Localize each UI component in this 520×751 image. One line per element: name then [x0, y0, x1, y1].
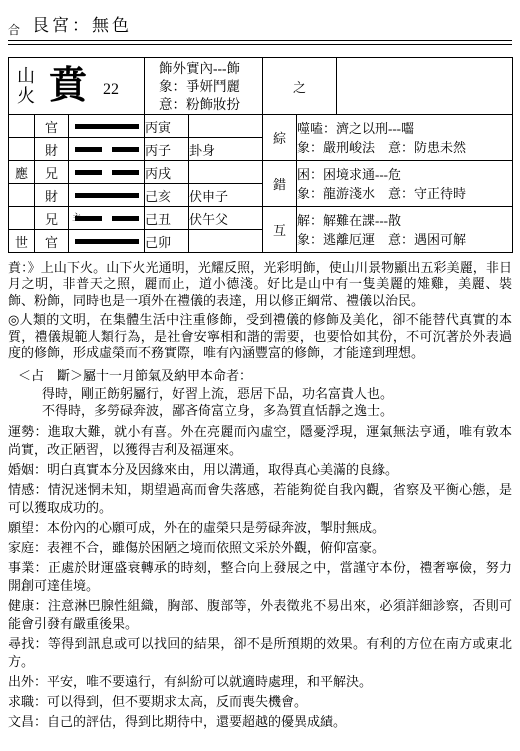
entry-label: 事業：	[8, 560, 48, 575]
hexagram-line	[69, 239, 144, 244]
hexagram-title: 山 火 賁 22	[9, 66, 144, 106]
hidden-spirit-cell	[189, 115, 263, 138]
relation-cell: 財	[35, 184, 69, 207]
yao-row: 應 兄 丙戌 錯 困：困境求通---危 象：龍游淺水 意：守正待時	[9, 161, 513, 184]
hexagram-table: 山 火 賁 22 飾外實內---飾 象：爭妍鬥麗 意：粉飾妝扮 之 官	[8, 57, 513, 253]
entry-text: 本份內的心願可成，外在的虛榮只是勞碌奔波，掣肘無成。	[47, 520, 385, 535]
hexagram-line	[69, 170, 144, 175]
hidden-spirit-cell	[189, 230, 263, 253]
page: 合 艮宮：無色 山 火 賁 22 飾外實內---飾	[0, 0, 520, 731]
position-cell	[9, 207, 35, 230]
line-cell	[69, 138, 145, 161]
entry-text: 進取大難，就小有喜。外在亮麗而內虛空，隱憂浮現，運氣無法亨通，唯有敦本尚實，改正…	[8, 424, 512, 457]
header: 合 艮宮：無色	[8, 8, 512, 36]
entry-jiankang: 健康：注意淋巴腺性組織，胸部、腹部等，外表徵兆不易出來，必須詳細診察，否則可能會…	[8, 597, 512, 633]
entry-text: 正處於財運盛衰轉承的時刻，整合向上發展之中，當謹守本份，禮奢寧儉，努力開創可達佳…	[8, 560, 512, 593]
section-line1: 困：困境求通---危	[297, 165, 512, 184]
entry-wenchang: 文昌：自己的評估，得到比期待中，還要超越的優異成績。	[8, 713, 512, 731]
hexagram-title-cell: 山 火 賁 22	[9, 58, 145, 115]
relation-cell: 兄	[35, 207, 69, 230]
hexagram-line	[69, 147, 144, 152]
stem-branch-cell: 己亥	[145, 184, 189, 207]
line-cell	[69, 161, 145, 184]
entry-yunshi: 運勢：進取大難，就小有喜。外在亮麗而內虛空，隱憂浮現，運氣無法亨通，唯有敦本尚實…	[8, 423, 512, 459]
line-cell: 主	[69, 207, 145, 230]
hexagram-line	[69, 193, 144, 198]
entry-label: 文昌：	[8, 714, 47, 729]
entry-label: 健康：	[8, 598, 48, 613]
zhi-label-cell: 之	[263, 58, 337, 115]
section-content-cuo: 困：困境求通---危 象：龍游淺水 意：守正待時	[297, 161, 513, 207]
hidden-spirit-cell: 伏申子	[189, 184, 263, 207]
stem-branch-cell: 己卯	[145, 230, 189, 253]
motto-line: 飾外實內---飾	[159, 60, 262, 78]
section-label-zong: 綜	[263, 115, 297, 161]
yao-row: 官 丙寅 綜 噬嗑：濟之以刑---囓 象：嚴刑峻法 意：防患未然	[9, 115, 513, 138]
corner-mark: 合	[8, 24, 20, 36]
fortune-entries: 運勢：進取大難，就小有喜。外在亮麗而內虛空，隱憂浮現，運氣無法亨通，唯有敦本尚實…	[8, 423, 512, 731]
entry-text: 情況迷惘未知，期望過高而會失落感，若能夠從自我內觀，省察及平衡心態，是可以獲取成…	[8, 482, 512, 515]
lower-trigram-char: 火	[17, 86, 35, 106]
double-rule	[8, 40, 512, 45]
relation-cell: 兄	[35, 161, 69, 184]
entry-shiye: 事業：正處於財運盛衰轉承的時刻，整合向上發展之中，當謹守本份，禮奢寧儉，努力開創…	[8, 559, 512, 595]
trigram-stack: 山 火	[17, 66, 35, 106]
yao-row: 兄 主 己丑 伏午父 互 解：解難在諜---散 象：逃離厄運 意：遇困可解	[9, 207, 513, 230]
upper-trigram-char: 山	[17, 66, 35, 86]
position-cell	[9, 115, 35, 138]
entry-label: 婚姻：	[8, 462, 47, 477]
position-cell: 世	[9, 230, 35, 253]
stem-branch-cell: 己丑	[145, 207, 189, 230]
line-cell	[69, 115, 145, 138]
section-line2: 象：龍游淺水 意：守正待時	[297, 184, 512, 203]
entry-text: 等得到訊息或可以找回的結果，卻不是所預期的效果。有利的方位在南方或東北方。	[8, 636, 512, 669]
zhan-line-1: 得時，剛正飭躬屬行，好習上流，惡居下品，功名富貴人也。	[8, 385, 512, 403]
palace-title: 艮宮：無色	[32, 16, 132, 36]
hexagram-info: 飾外實內---飾 象：爭妍鬥麗 意：粉飾妝扮	[145, 58, 262, 114]
relation-cell: 官	[35, 230, 69, 253]
entry-label: 願望：	[8, 520, 47, 535]
xiang-line: 象：爭妍鬥麗	[159, 78, 262, 96]
entry-text: 平安，唯不要遠行，有糾紛可以就適時處理，和平解決。	[47, 674, 372, 689]
stem-branch-cell: 丙子	[145, 138, 189, 161]
stem-branch-cell: 丙寅	[145, 115, 189, 138]
section-line2: 象：逃離厄運 意：遇困可解	[297, 230, 512, 249]
yi-line: 意：粉飾妝扮	[159, 96, 262, 114]
section-label-cuo: 錯	[263, 161, 297, 207]
position-cell	[9, 184, 35, 207]
entry-label: 家庭：	[8, 540, 47, 555]
position-cell: 應	[9, 161, 35, 184]
entry-yuanwang: 願望：本份內的心願可成，外在的虛榮只是勞碌奔波，掣肘無成。	[8, 519, 512, 537]
entry-qinggan: 情感：情況迷惘未知，期望過高而會失落感，若能夠從自我內觀，省察及平衡心態，是可以…	[8, 481, 512, 517]
entry-text: 注意淋巴腺性組織，胸部、腹部等，外表徵兆不易出來，必須詳細診察，否則可能會引發有…	[8, 598, 512, 631]
line-marker: 主	[72, 214, 81, 223]
section-line1: 噬嗑：濟之以刑---囓	[297, 119, 512, 138]
entry-qiuzhi: 求職：可以得到，但不要期求太高，反而喪失機會。	[8, 693, 512, 711]
entry-label: 出外：	[8, 674, 47, 689]
zhi-content-cell	[337, 58, 513, 115]
body-section: 賁：》上山下火。山下火光通明，光耀反照，光彩明飾，使山川景物顯出五彩美麗，非日月…	[8, 260, 512, 731]
line-cell	[69, 184, 145, 207]
position-cell	[9, 138, 35, 161]
section-line1: 解：解難在諜---散	[297, 211, 512, 230]
entry-jiating: 家庭：表裡不合，雖傷於困陋之境而依照文采於外觀，俯仰富豪。	[8, 539, 512, 557]
section-content-zong: 噬嗑：濟之以刑---囓 象：嚴刑峻法 意：防患未然	[297, 115, 513, 161]
hexagram-number: 22	[103, 81, 119, 106]
commentary: ◎人類的文明，在集體生活中注重修飾，受到禮儀的修飾及美化，卻不能替代真實的本質，…	[8, 312, 512, 361]
hidden-spirit-cell	[189, 161, 263, 184]
relation-cell: 官	[35, 115, 69, 138]
section-label-hu: 互	[263, 207, 297, 253]
entry-label: 情感：	[8, 482, 48, 497]
entry-hunyin: 婚姻：明白真實本分及因緣來由，用以溝通，取得真心美滿的良緣。	[8, 461, 512, 479]
entry-text: 可以得到，但不要期求太高，反而喪失機會。	[47, 694, 307, 709]
entry-xunzhao: 尋找：等得到訊息或可以找回的結果，卻不是所預期的效果。有利的方位在南方或東北方。	[8, 635, 512, 671]
hexagram-info-cell: 飾外實內---飾 象：爭妍鬥麗 意：粉飾妝扮	[145, 58, 263, 115]
title-row: 山 火 賁 22 飾外實內---飾 象：爭妍鬥麗 意：粉飾妝扮 之	[9, 58, 513, 115]
hexagram-name: 賁	[49, 67, 87, 105]
entry-text: 明白真實本分及因緣來由，用以溝通，取得真心美滿的良緣。	[47, 462, 398, 477]
entry-label: 求職：	[8, 694, 47, 709]
zhan-heading: ＜占 斷＞屬十一月節氣及納甲本命者：	[8, 367, 512, 385]
section-line2: 象：嚴刑峻法 意：防患未然	[297, 138, 512, 157]
hidden-spirit-cell: 伏午父	[189, 207, 263, 230]
entry-chuwai: 出外：平安，唯不要遠行，有糾紛可以就適時處理，和平解決。	[8, 673, 512, 691]
hidden-spirit-cell: 卦身	[189, 138, 263, 161]
stem-branch-cell: 丙戌	[145, 161, 189, 184]
entry-text: 自己的評估，得到比期待中，還要超越的優異成績。	[47, 714, 346, 729]
zhan-line-2: 不得時，多勞碌奔波，鄙吝倚富立身，多為質直恬靜之逸士。	[8, 402, 512, 420]
entry-label: 運勢：	[8, 424, 48, 439]
relation-cell: 財	[35, 138, 69, 161]
gua-description: 賁：》上山下火。山下火光通明，光耀反照，光彩明飾，使山川景物顯出五彩美麗，非日月…	[8, 260, 512, 309]
line-cell	[69, 230, 145, 253]
hexagram-line	[69, 124, 144, 129]
entry-text: 表裡不合，雖傷於困陋之境而依照文采於外觀，俯仰富豪。	[47, 540, 385, 555]
entry-label: 尋找：	[8, 636, 48, 651]
section-content-hu: 解：解難在諜---散 象：逃離厄運 意：遇困可解	[297, 207, 513, 253]
